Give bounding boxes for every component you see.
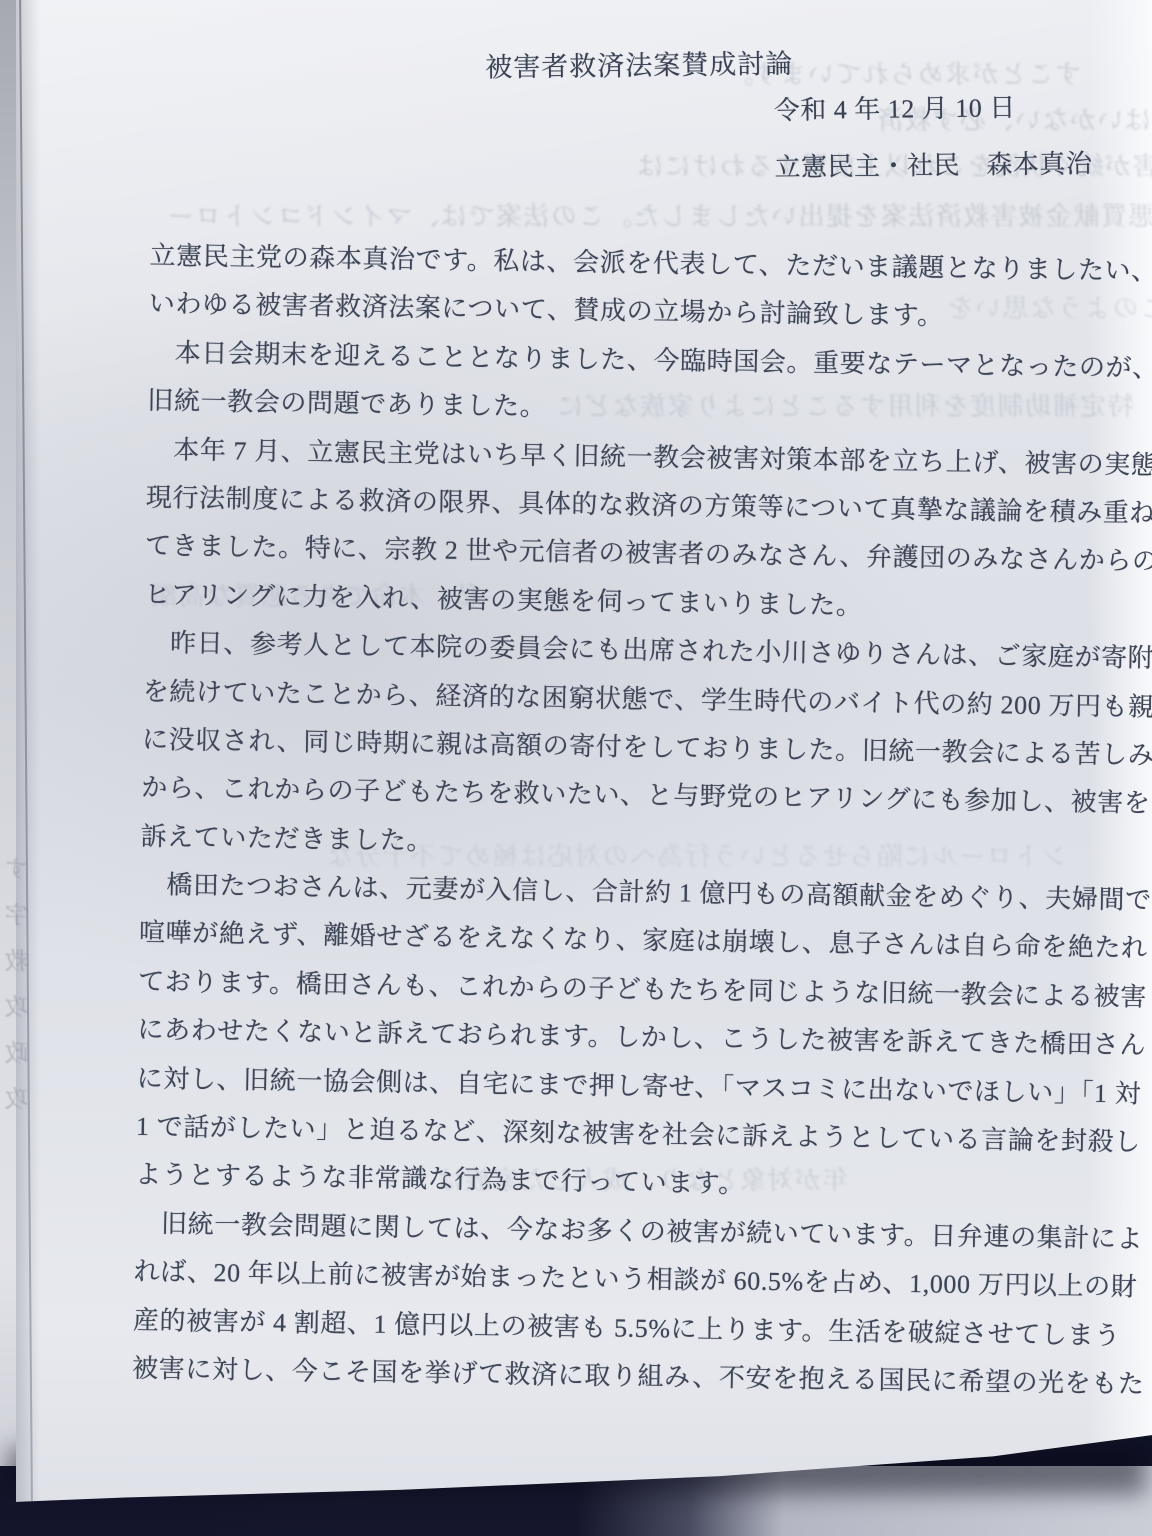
page-edge-crease	[19, 0, 33, 1508]
date-line: 令和 4 年 12 月 10 日	[774, 86, 1092, 127]
page-title: 被害者救済法案賛成討論	[485, 42, 793, 85]
photo-scene: す字救攻政攻 すことが求められています。 るわけにはいかない、必ず救済 被害が続…	[0, 0, 1152, 1536]
header-right-block: 令和 4 年 12 月 10 日 立憲民主・社民 森本真治	[774, 86, 1093, 184]
show-through-column: す字救攻政攻	[2, 856, 37, 1132]
document-body: 立憲民主党の森本真治です。私は、会派を代表して、ただいま議題となりましたい、 い…	[132, 235, 1152, 1413]
show-through-text: 日に悪質献金被害救済法案を提出いたしました。この法案では、マインドコントロー	[166, 196, 1152, 233]
author-line: 立憲民主・社民 森本真治	[774, 143, 1092, 184]
document-page: すことが求められています。 るわけにはいかない、必ず救済 被害が続く状況をこれ以…	[16, 0, 1152, 1508]
